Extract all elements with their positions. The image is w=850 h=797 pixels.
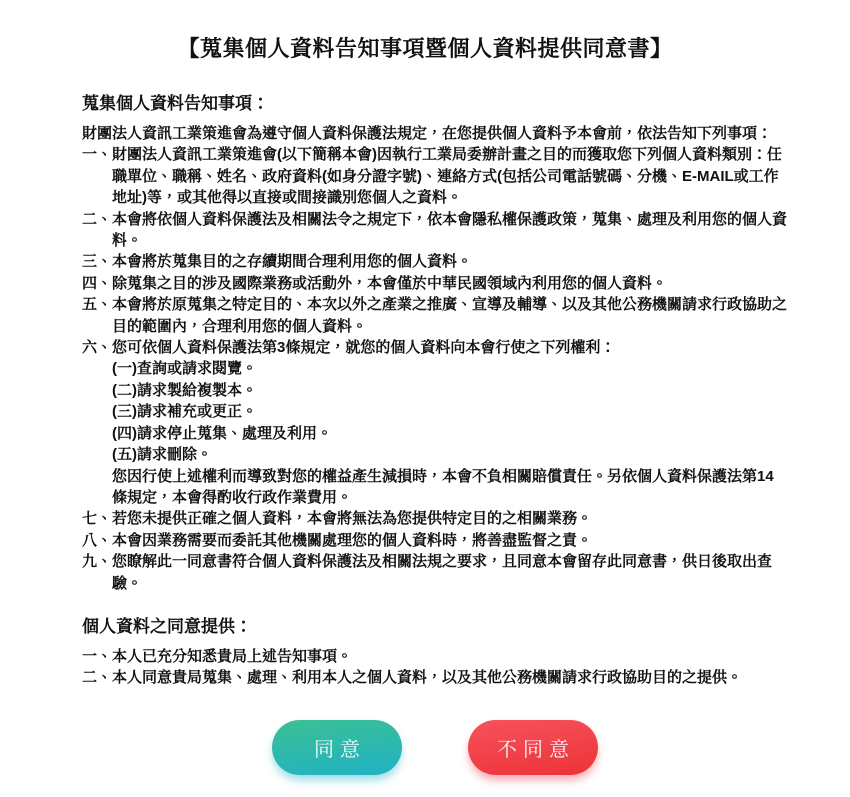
notice-item-5: 五、本會將於原蒐集之特定目的、本次以外之產業之推廣、宣導及輔導、以及其他公務機關… [82, 294, 788, 337]
item-marker: 三、 [82, 253, 112, 270]
consent-body: 一、本人已充分知悉貴局上述告知事項。 二、本人同意貴局蒐集、處理、利用本人之個人… [82, 646, 788, 689]
notice-item-6-sub-1: (一)查詢或請求閱覽。 [112, 358, 788, 379]
notice-item-6: 六、您可依個人資料保護法第3條規定，就您的個人資料向本會行使之下列權利： [82, 337, 788, 358]
consent-item-2: 二、本人同意貴局蒐集、處理、利用本人之個人資料，以及其他公務機關請求行政協助目的… [82, 667, 788, 688]
notice-section: 蒐集個人資料告知事項： 財團法人資訊工業策進會為遵守個人資料保護法規定，在您提供… [82, 89, 788, 594]
notice-item-6-sub-3: (三)請求補充或更正。 [112, 401, 788, 422]
item-text: 本人已充分知悉貴局上述告知事項。 [112, 648, 352, 665]
notice-item-9: 九、您瞭解此一同意書符合個人資料保護法及相關法規之要求，且同意本會留存此同意書，… [82, 551, 788, 594]
item-marker: 九、 [82, 553, 112, 570]
notice-item-4: 四、除蒐集之目的涉及國際業務或活動外，本會僅於中華民國領域內利用您的個人資料。 [82, 273, 788, 294]
notice-item-6-note: 您因行使上述權利而導致對您的權益產生減損時，本會不負相關賠償責任。另依個人資料保… [112, 466, 788, 509]
item-text: 您可依個人資料保護法第3條規定，就您的個人資料向本會行使之下列權利： [112, 339, 615, 356]
item-marker: 一、 [82, 648, 112, 665]
consent-page: 【蒐集個人資料告知事項暨個人資料提供同意書】 蒐集個人資料告知事項： 財團法人資… [0, 0, 850, 797]
consent-section-heading: 個人資料之同意提供： [82, 612, 788, 637]
item-marker: 八、 [82, 532, 112, 549]
item-marker: 六、 [82, 339, 112, 356]
item-text: 本會將依個人資料保護法及相關法令之規定下，依本會隱私權保護政策，蒐集、處理及利用… [112, 211, 787, 249]
item-marker: 五、 [82, 296, 112, 313]
item-marker: 七、 [82, 510, 112, 527]
item-text: 本會因業務需要而委託其他機關處理您的個人資料時，將善盡監督之責。 [112, 532, 592, 549]
disagree-button[interactable]: 不同意 [468, 720, 598, 775]
notice-intro: 財團法人資訊工業策進會為遵守個人資料保護法規定，在您提供個人資料予本會前，依法告… [82, 123, 788, 144]
item-text: 本會將於蒐集目的之存續期間合理利用您的個人資料。 [112, 253, 472, 270]
section-divider-space [82, 594, 788, 612]
consent-section: 個人資料之同意提供： 一、本人已充分知悉貴局上述告知事項。 二、本人同意貴局蒐集… [82, 612, 788, 689]
item-text: 您瞭解此一同意書符合個人資料保護法及相關法規之要求，且同意本會留存此同意書，供日… [112, 553, 772, 591]
item-text: 本人同意貴局蒐集、處理、利用本人之個人資料，以及其他公務機關請求行政協助目的之提… [112, 669, 742, 686]
notice-item-7: 七、若您未提供正確之個人資料，本會將無法為您提供特定目的之相關業務。 [82, 508, 788, 529]
item-marker: 二、 [82, 669, 112, 686]
notice-body: 財團法人資訊工業策進會為遵守個人資料保護法規定，在您提供個人資料予本會前，依法告… [82, 123, 788, 594]
agree-button[interactable]: 同意 [272, 720, 402, 775]
item-marker: 四、 [82, 275, 112, 292]
item-text: 本會將於原蒐集之特定目的、本次以外之產業之推廣、宣導及輔導、以及其他公務機關請求… [112, 296, 787, 334]
item-text: 若您未提供正確之個人資料，本會將無法為您提供特定目的之相關業務。 [112, 510, 592, 527]
item-marker: 二、 [82, 211, 112, 228]
notice-item-6-sub-5: (五)請求刪除。 [112, 444, 788, 465]
notice-section-heading: 蒐集個人資料告知事項： [82, 89, 788, 114]
consent-item-1: 一、本人已充分知悉貴局上述告知事項。 [82, 646, 788, 667]
notice-item-1: 一、財團法人資訊工業策進會(以下簡稱本會)因執行工業局委辦計畫之目的而獲取您下列… [82, 144, 788, 208]
notice-item-6-sub-2: (二)請求製給複製本。 [112, 380, 788, 401]
page-title: 【蒐集個人資料告知事項暨個人資料提供同意書】 [82, 32, 788, 63]
item-text: 財團法人資訊工業策進會(以下簡稱本會)因執行工業局委辦計畫之目的而獲取您下列個人… [112, 146, 782, 206]
item-marker: 一、 [82, 146, 112, 163]
item-text: 除蒐集之目的涉及國際業務或活動外，本會僅於中華民國領域內利用您的個人資料。 [112, 275, 667, 292]
notice-item-6-sub-4: (四)請求停止蒐集、處理及利用。 [112, 423, 788, 444]
action-buttons-row: 同意 不同意 [82, 720, 788, 775]
notice-item-2: 二、本會將依個人資料保護法及相關法令之規定下，依本會隱私權保護政策，蒐集、處理及… [82, 209, 788, 252]
notice-item-8: 八、本會因業務需要而委託其他機關處理您的個人資料時，將善盡監督之責。 [82, 530, 788, 551]
notice-item-3: 三、本會將於蒐集目的之存續期間合理利用您的個人資料。 [82, 251, 788, 272]
